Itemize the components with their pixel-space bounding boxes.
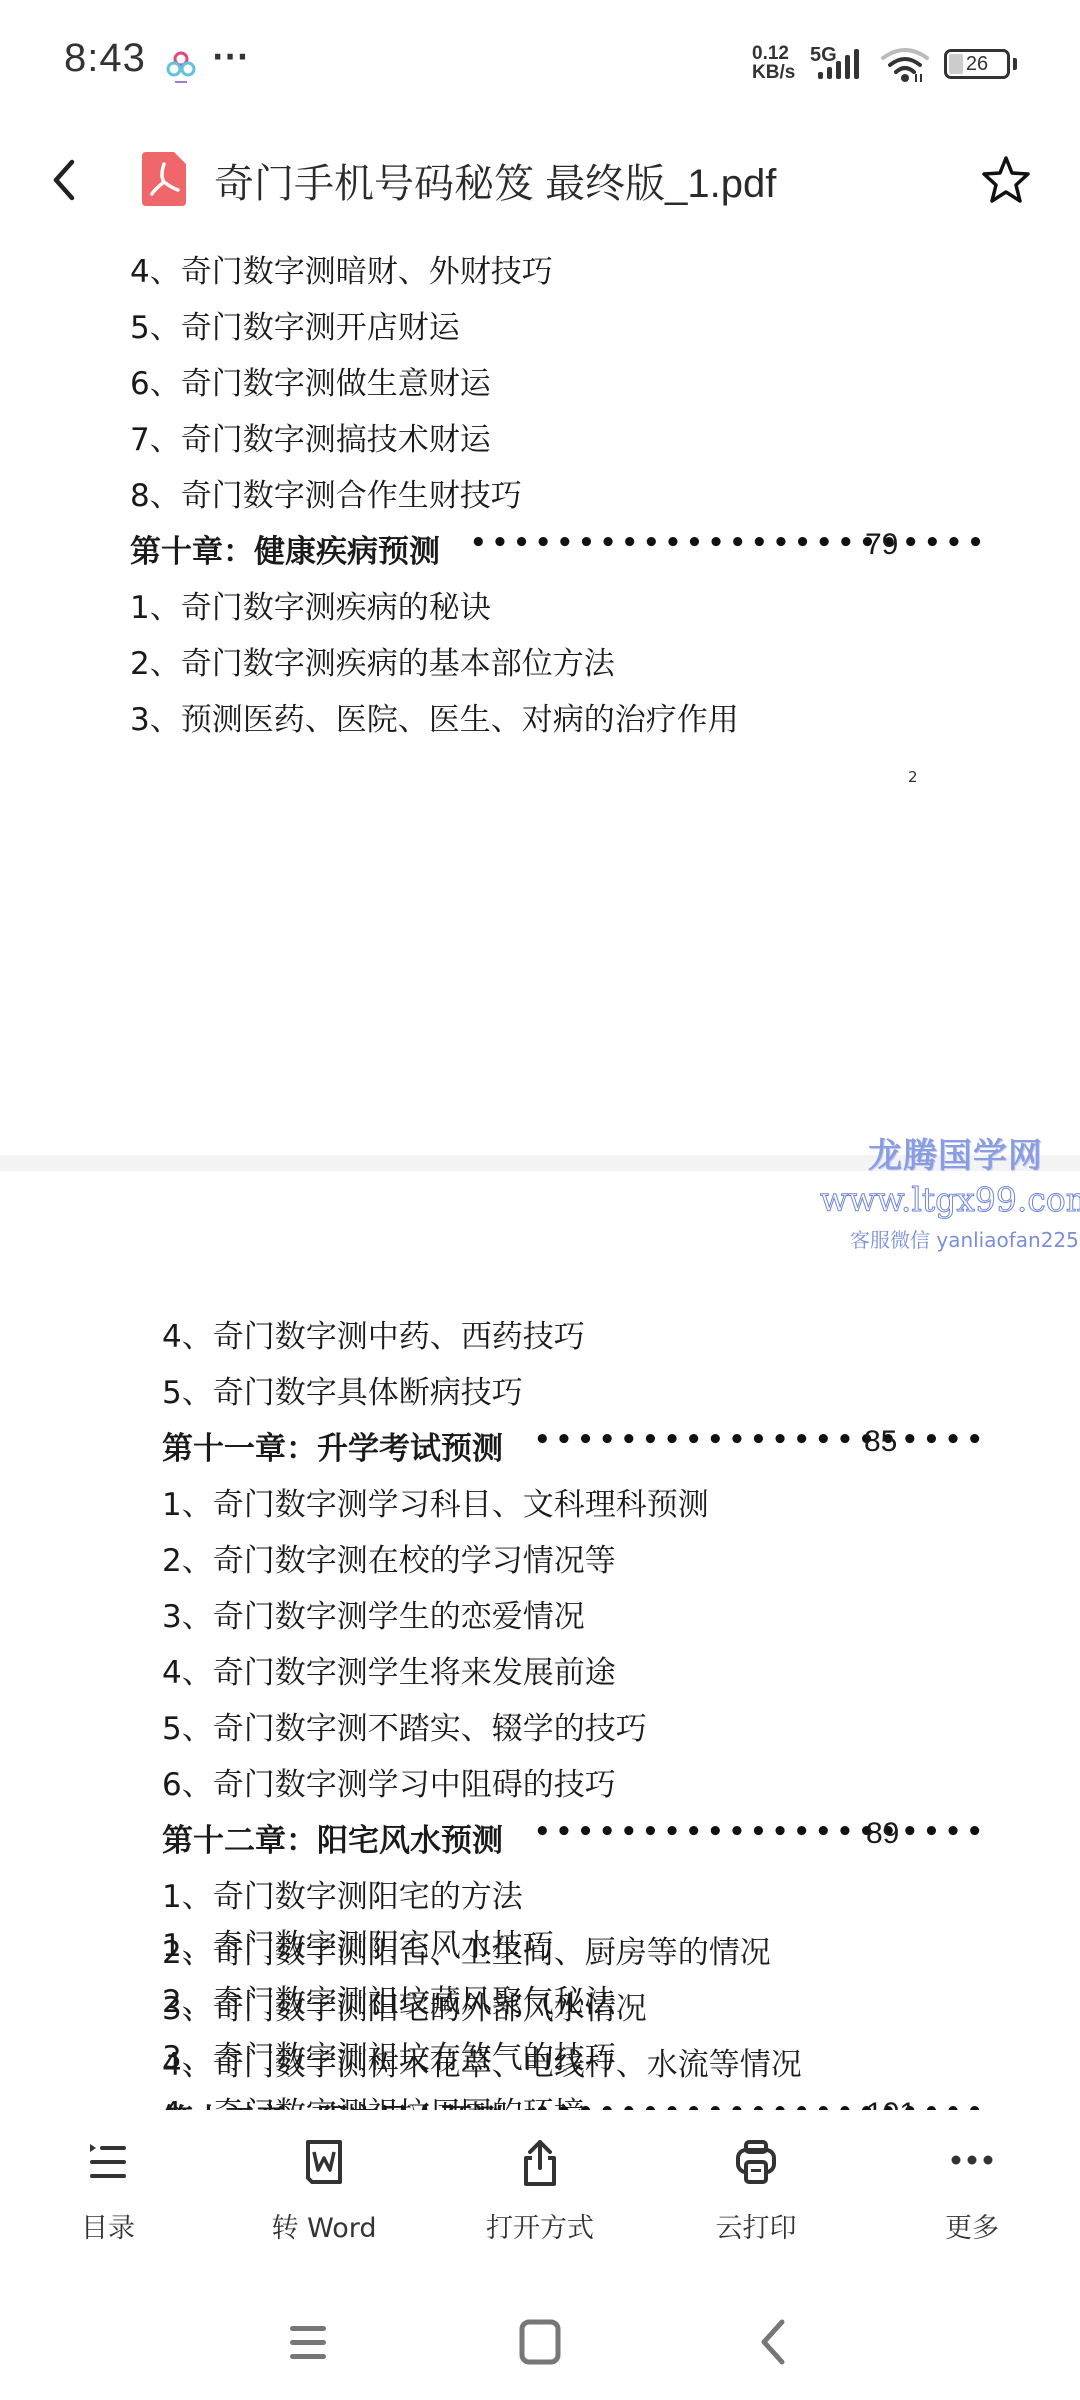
toc-item[interactable]: 5、奇门数字测开店财运: [130, 302, 460, 347]
bottom-toolbar: 目录 转 Word 打开方式 云打印 更多: [0, 2110, 1080, 2260]
favorite-star-icon[interactable]: [980, 154, 1032, 206]
battery-tip: [1013, 58, 1017, 70]
toc-item[interactable]: 3、预测医药、医院、医生、对病的治疗作用: [130, 694, 739, 739]
toc-item[interactable]: 2、奇门数字测在校的学习情况等: [162, 1535, 616, 1580]
toc-item[interactable]: 7、奇门数字测搞技术财运: [130, 414, 491, 459]
back-chevron-icon[interactable]: [748, 2318, 796, 2366]
net-speed-unit: KB/s: [752, 63, 795, 82]
status-more-icon: ···: [212, 40, 249, 75]
more-button[interactable]: 更多: [892, 2138, 1052, 2248]
toc-leader-dots: ••••••••••••••••••••••••: [470, 528, 989, 558]
convert-word-button[interactable]: 转 Word: [244, 2138, 404, 2248]
cloud-print-label: 云打印: [676, 2206, 836, 2245]
toc-page-number: 89: [866, 1817, 899, 1851]
toc-item[interactable]: 4、奇门数字测祖坟周围的环境: [162, 2088, 585, 2110]
more-label: 更多: [892, 2206, 1052, 2245]
pdf-page-2: 4、奇门数字测暗财、外财技巧 5、奇门数字测开店财运 6、奇门数字测做生意财运 …: [0, 240, 1080, 1155]
toc-item[interactable]: 5、奇门数字测不踏实、辍学的技巧: [162, 1703, 647, 1748]
toc-item[interactable]: 4、奇门数字测中药、西药技巧: [162, 1311, 585, 1356]
open-with-label: 打开方式: [460, 2206, 620, 2245]
document-title: 奇门手机号码秘笈 最终版_1.pdf: [214, 152, 776, 209]
signal-strength-icon: [816, 48, 862, 80]
toc-item[interactable]: 8、奇门数字测合作生财技巧: [130, 470, 522, 515]
network-speed: 0.12 KB/s: [752, 44, 795, 82]
battery-level: 26: [947, 52, 1007, 76]
toc-item[interactable]: 4、奇门数字测学生将来发展前途: [162, 1647, 616, 1692]
toc-leader-dots: •••••••••••••••••••••: [534, 1425, 988, 1455]
toc-leader-dots: •••••••••••••••••••••: [534, 1817, 988, 1847]
toc-item-clipped: 4、奇门数字测祖坟周围的环境: [0, 2088, 1080, 2110]
toc-item[interactable]: 6、奇门数字测做生意财运: [130, 358, 491, 403]
wifi-icon: [880, 46, 930, 84]
toc-item[interactable]: 5、奇门数字具体断病技巧: [162, 1367, 523, 1412]
share-upload-icon: [518, 2138, 562, 2188]
toc-item[interactable]: 3、奇门数字测学生的恋爱情况: [162, 1591, 585, 1636]
pdf-file-icon: [140, 150, 188, 208]
recents-menu-icon[interactable]: [284, 2318, 332, 2366]
toc-item[interactable]: 2、奇门数字测祖坟藏风聚气秘法: [162, 1976, 616, 2021]
word-convert-icon: [302, 2138, 346, 2188]
toc-item[interactable]: 2、奇门数字测疾病的基本部位方法: [130, 638, 615, 683]
toc-list-icon: [86, 2138, 130, 2188]
toc-item[interactable]: 4、奇门数字测暗财、外财技巧: [130, 246, 553, 291]
battery-indicator: 26: [944, 49, 1010, 79]
page-number: 2: [908, 768, 918, 786]
more-dots-icon: [950, 2138, 994, 2188]
toc-item[interactable]: 3、奇门数字测祖坟有煞气的技巧: [162, 2032, 616, 2077]
net-speed-value: 0.12: [752, 44, 795, 63]
app-header: 奇门手机号码秘笈 最终版_1.pdf: [0, 120, 1080, 240]
printer-icon: [734, 2138, 778, 2188]
toc-button-label: 目录: [28, 2206, 188, 2245]
toc-item[interactable]: 1、奇门数字测阳宅的方法: [162, 1871, 523, 1916]
home-square-icon[interactable]: [516, 2318, 564, 2366]
toc-item[interactable]: 6、奇门数字测学习中阻碍的技巧: [162, 1759, 616, 1804]
toc-page-number: 85: [864, 1425, 897, 1459]
toc-chapter[interactable]: 第十章：健康疾病预测: [130, 526, 440, 571]
open-with-button[interactable]: 打开方式: [460, 2138, 620, 2248]
toc-item[interactable]: 1、奇门数字测阴宅风水技巧: [162, 1920, 554, 1965]
app-notification-icon: [164, 48, 198, 86]
pdf-viewport[interactable]: 4、奇门数字测暗财、外财技巧 5、奇门数字测开店财运 6、奇门数字测做生意财运 …: [0, 240, 1080, 2110]
status-bar: 8:43 ··· 0.12 KB/s 5G 26: [0, 0, 1080, 120]
toc-chapter[interactable]: 第十二章：阳宅风水预测: [162, 1815, 503, 1860]
pdf-page-3: 4、奇门数字测中药、西药技巧 5、奇门数字具体断病技巧 第十一章：升学考试预测 …: [0, 1171, 1080, 2110]
back-chevron-icon[interactable]: [44, 150, 84, 210]
status-time: 8:43: [64, 36, 146, 81]
system-nav-bar: [0, 2260, 1080, 2400]
toc-page-number: 79: [865, 528, 898, 562]
convert-word-label: 转 Word: [244, 2206, 404, 2245]
toc-chapter[interactable]: 第十一章：升学考试预测: [162, 1423, 503, 1468]
toc-button[interactable]: 目录: [28, 2138, 188, 2248]
toc-item[interactable]: 1、奇门数字测学习科目、文科理科预测: [162, 1479, 709, 1524]
toc-item[interactable]: 1、奇门数字测疾病的秘诀: [130, 582, 491, 627]
cloud-print-button[interactable]: 云打印: [676, 2138, 836, 2248]
page-separator: [0, 1155, 1080, 1171]
